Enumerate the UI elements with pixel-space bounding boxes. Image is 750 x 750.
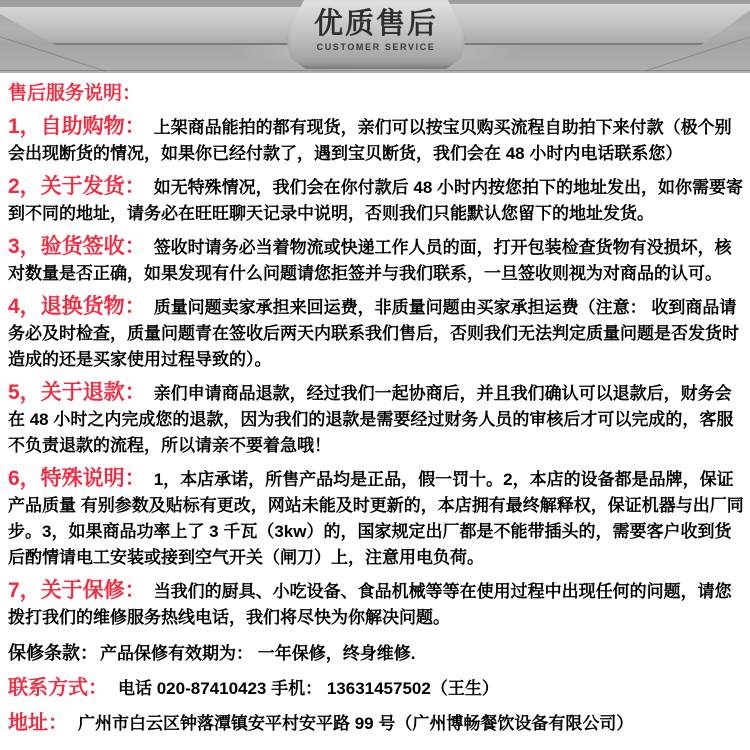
page-title: 售后服务说明： (8, 81, 745, 107)
customer-service-banner: 优质售后 CUSTOMER SERVICE (0, 0, 750, 73)
address-label: 地址： (8, 712, 68, 734)
section-label: 5，关于退款： (8, 381, 146, 404)
address-text: 广州市白云区钟落潭镇安平村安平路 99 号（广州博畅餐饮设备有限公司） (78, 714, 633, 733)
banner-right-metal-bar (443, 4, 750, 45)
warranty-terms-line: 保修条款：产品保修有效期为： 一年保修，终身维修. (8, 640, 745, 667)
banner-subtitle: CUSTOMER SERVICE (286, 42, 466, 52)
section-label: 3，验货签收： (8, 235, 146, 258)
warranty-terms-label: 保修条款： (8, 643, 98, 663)
section-shipping: 2，关于发货：如无特殊情况，我们会在你付款后 48 小时内按您拍下的地址发出，如… (8, 174, 745, 227)
section-refunds: 5，关于退款：亲们申请商品退款，经过我们一起协商后，并且我们确认可以退款后，财务… (8, 380, 745, 459)
section-label: 7，关于保修： (8, 579, 146, 602)
section-self-service-shopping: 1，自助购物：上架商品能拍的都有现货，亲们可以按宝贝购买流程自助拍下来付款（极个… (8, 114, 745, 167)
contact-phone-numbers: 电话 020-87410423 手机： 13631457502（王生） (118, 679, 499, 698)
section-warranty-service: 7，关于保修：当我们的厨具、小吃设备、食品机械等等在使用过程中出现任何的问题，请… (8, 578, 745, 631)
after-sales-content: 售后服务说明： 1，自助购物：上架商品能拍的都有现货，亲们可以按宝贝购买流程自助… (0, 73, 750, 737)
section-label: 4，退换货物： (8, 295, 146, 318)
section-label: 6，特殊说明： (8, 467, 146, 490)
section-label: 2，关于发货： (8, 175, 146, 198)
contact-info-line: 联系方式：电话 020-87410423 手机： 13631457502（王生） (8, 675, 745, 702)
section-label: 1，自助购物： (8, 115, 146, 138)
banner-ground-line (0, 70, 750, 71)
section-inspection-sign: 3，验货签收：签收时请务必当着物流或快递工作人员的面，打开包装检查货物有没损坏，… (8, 234, 745, 287)
section-returns-exchange: 4，退换货物：质量问题卖家承担来回运费，非质量问题由买家承担运费（注意： 收到商… (8, 294, 745, 373)
banner-center-plate: 优质售后 CUSTOMER SERVICE (286, 0, 466, 69)
banner-title: 优质售后 (286, 8, 466, 40)
section-special-notes: 6，特殊说明：1，本店承诺，所售产品均是正品，假一罚十。2，本店的设备都是品牌，… (8, 466, 745, 571)
banner-left-metal-bar (0, 7, 307, 45)
warranty-terms-text: 产品保修有效期为： 一年保修，终身维修. (100, 644, 415, 663)
contact-label: 联系方式： (8, 677, 108, 699)
address-line: 地址：广州市白云区钟落潭镇安平村安平路 99 号（广州博畅餐饮设备有限公司） (8, 710, 745, 737)
